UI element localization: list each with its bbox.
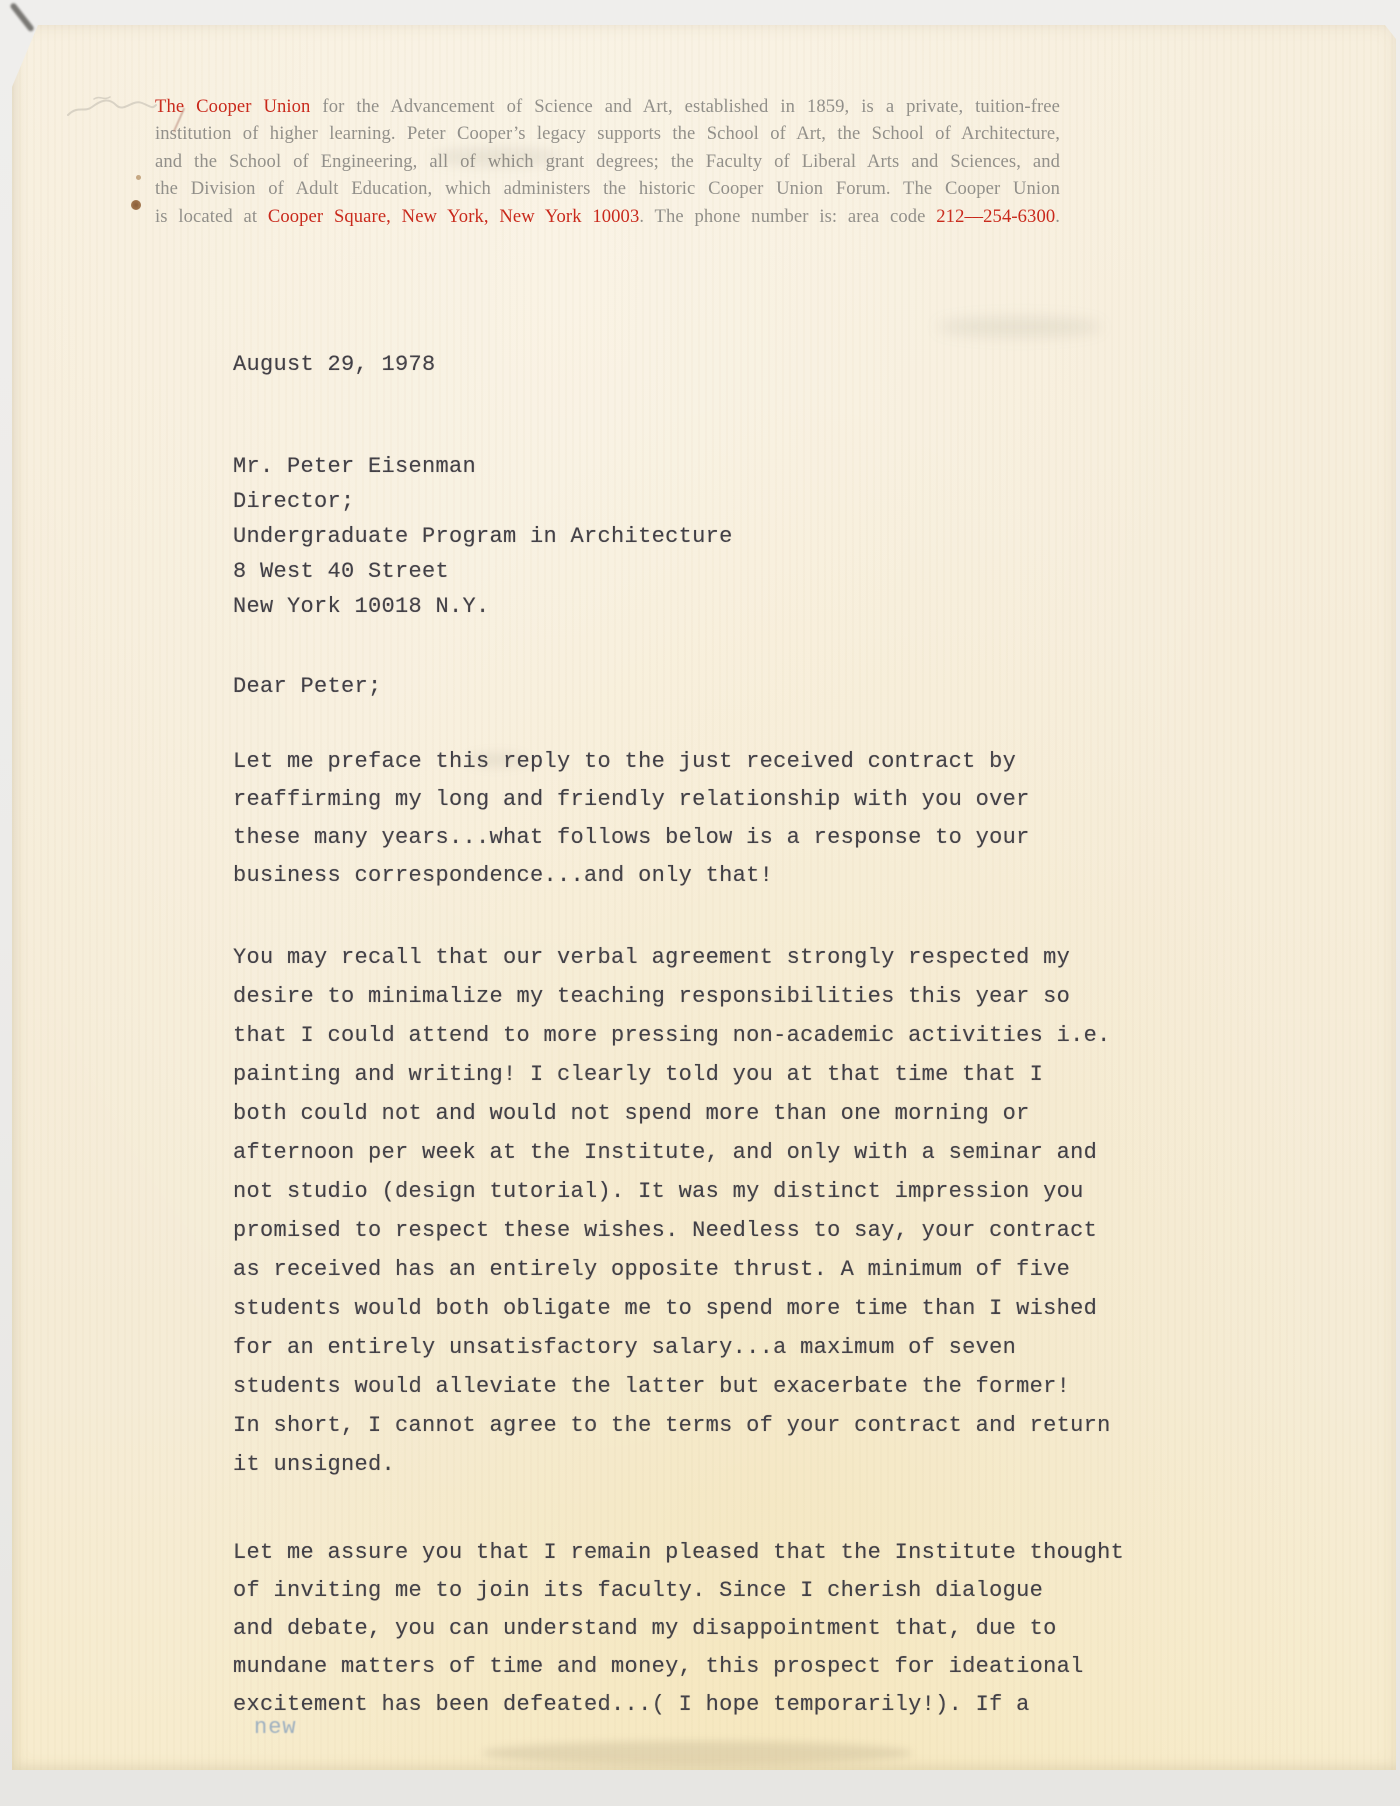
letterhead-text: is located at [155, 206, 268, 227]
letterhead-text: for the Advancement of Science and Art, … [310, 96, 1060, 117]
recipient-address-block: Mr. Peter Eisenman Director; Undergradua… [233, 449, 733, 624]
letterhead-address: Cooper Square, New York, New York 10003 [268, 206, 640, 227]
scanned-letter: The Cooper Union for the Advancement of … [0, 0, 1400, 1806]
letterhead-text: and the School of Engineering, all of wh… [155, 151, 1060, 172]
letterhead-line: the Division of Adult Education, which a… [155, 175, 1060, 202]
letterhead-line: institution of higher learning. Peter Co… [155, 120, 1060, 147]
letterhead-phone-number: 212—254-6300 [936, 206, 1055, 227]
letter-paragraph-2: You may recall that our verbal agreement… [233, 938, 1111, 1484]
letter-paper-sheet: The Cooper Union for the Advancement of … [12, 25, 1396, 1770]
letterhead-org-name: The Cooper Union [155, 96, 310, 117]
letter-date: August 29, 1978 [233, 345, 436, 384]
letter-paragraph-3: Let me assure you that I remain pleased … [233, 1534, 1124, 1724]
letterhead-line: The Cooper Union for the Advancement of … [155, 93, 1060, 120]
letter-paragraph-1: Let me preface this reply to the just re… [233, 743, 1030, 895]
cooper-union-letterhead: The Cooper Union for the Advancement of … [155, 93, 1060, 230]
paper-spot-artifact [136, 175, 141, 180]
page-corner-fold-artifact [9, 2, 35, 32]
letterhead-text: institution of higher learning. Peter Co… [155, 123, 1060, 144]
letterhead-text: . [1055, 206, 1060, 227]
smudge-artifact [937, 317, 1102, 337]
letterhead-text: . The phone number is: area code [639, 206, 936, 227]
ink-bleedthrough-artifact [482, 1741, 912, 1765]
paper-stain-artifact [131, 200, 141, 210]
salutation: Dear Peter; [233, 667, 382, 706]
letterhead-line: and the School of Engineering, all of wh… [155, 148, 1060, 175]
letterhead-text: the Division of Adult Education, which a… [155, 178, 1060, 199]
letterhead-line: is located at Cooper Square, New York, N… [155, 203, 1060, 230]
pencil-scribble-artifact [64, 85, 159, 125]
handwritten-note: new [254, 1709, 297, 1747]
